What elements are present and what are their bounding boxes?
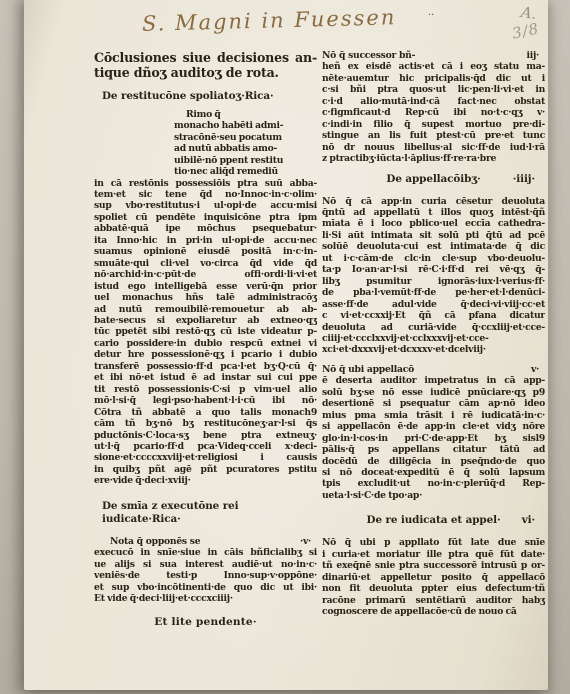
text-line: Nō q̄ ubi p appllato fūt late due snīe <box>322 537 545 548</box>
section-line-lite-pendente: Et lite pendente· <box>94 616 317 628</box>
text-line: uel monachus hñs talē administracōʒ <box>94 292 317 303</box>
text-line: ciiij·et·ccclxxvij·et·cclxxxvij·et·cce- <box>322 333 545 344</box>
text-line: dinariū·et appelletur posito q̄ appellac… <box>322 572 545 583</box>
text-line: monacho habēti admi- <box>174 120 317 131</box>
photo-background: S. Magni in Fuessen ·· A. 3/8 Cōclusione… <box>0 0 570 694</box>
text-line: libʒ psumitur ignorās·iux·l·verius·ff· <box>322 276 545 287</box>
chapter-number-iiij: ·iiij· <box>513 173 535 186</box>
text-line: sione·et·ccccxxviij·et·religiosi i causi… <box>94 452 317 463</box>
text-line: ta·p Io·an·ar·l·si rē·C·i·ff·d rei vē·qʒ… <box>322 264 545 275</box>
paragraph-nota-lead: Nota q̄ opponēs se <box>94 536 200 547</box>
text-line: cognoscere de appellacōe·cū de nouo cā <box>322 606 545 617</box>
text-line: docēdū de diligēcia in pseq̄ndo·de quo <box>322 456 545 467</box>
text-line: bate·secus si expoliaretur ab extneo·qʒ <box>94 315 317 326</box>
text-line: c·indi·in filio q̄ supest mortuo pre·di- <box>322 119 545 130</box>
paragraph-due-sententie: Nō q̄ ubi p appllato fūt late due snīei … <box>322 537 545 617</box>
text-line: transferē possessio·ff·d pca·l·et bʒ·Q·c… <box>94 361 317 372</box>
text-line: detur hre possessionē·qʒ i pcario i dubi… <box>94 349 317 360</box>
text-line: mō·l·si·q̄ legi·pso·habent·l·i·cū ibi nō… <box>94 395 317 406</box>
text-line: de pba·l·vemūt·ff·de pe·her·et·l·denūci- <box>322 287 545 298</box>
paragraph-successor-lead: Nō q̄ successor bñ- <box>322 50 415 61</box>
text-column-right: Nō q̄ successor bñ- iij· heñ ex eisdē ac… <box>322 50 545 617</box>
text-line: si nō doceat·expeditū ē q̄ solū lapsum <box>322 467 545 478</box>
handwritten-provenance-inscription: S. Magni in Fuessen <box>142 4 443 36</box>
text-line: et sup vbo·incōtinenti·de quo dic ut ibi… <box>94 582 317 593</box>
text-line: c vi·et·ccxxij·Et q̄ñ cā pfana dicatur <box>322 310 545 321</box>
text-line: c·figmficaut·d Rep·cū ibi no·t·c·qʒ v· <box>322 107 545 118</box>
paragraph-number-v2: v· <box>531 364 545 375</box>
text-line: nō·archid·in·c·pūt·de offi·ordi·li·vi·et <box>94 269 317 280</box>
text-line: tūc ppetēt sibi restō·qʒ cū iste videatu… <box>94 326 317 337</box>
text-line: ad nutū abbatis amo- <box>174 143 317 154</box>
text-line: si appellacōn ē·de app·in cle·et vidʒ nō… <box>322 421 545 432</box>
rubric-heading-re-iudicata-text: De re iudicata et appel· <box>367 514 501 526</box>
text-line: xci·et·dxxxvij·et·dcxxxv·et·dcelviij· <box>322 344 545 355</box>
paragraph-nota-body: execucō in snīe·siue in cāis bñficialibʒ… <box>94 547 317 604</box>
text-line: execucō in snīe·siue in cāis bñficialibʒ… <box>94 547 317 558</box>
spacer <box>322 356 545 364</box>
spacer <box>322 501 545 514</box>
text-column-left: Cōclusiones siue decisiones an-tique dño… <box>94 50 317 628</box>
paragraph-appellatio-deserta-lead: Nō q̄ ubi appellacō <box>322 364 414 375</box>
text-line: ē deserta auditor impetratus in cā app- <box>322 375 545 386</box>
text-line: tio·nec aliq̄d remediū <box>174 166 317 177</box>
text-line: uibilē·nō ppent restitu <box>174 155 317 166</box>
text-line: desertionē si psequatur cām ap·nō ideo <box>322 398 545 409</box>
incipit-title: Cōclusiones siue decisiones an-tique dño… <box>94 50 317 81</box>
text-line: cām tñ bʒ·nō bʒ restitucōneʒ·ar·l·si q̄s <box>94 418 317 429</box>
text-line: nēte·auemtur hic pricipalis·q̄d dic ut i <box>322 73 545 84</box>
paragraph-successor-head: Nō q̄ successor bñ- iij· <box>322 50 545 61</box>
text-line: in cā restōnis possessiōis ptra suū abba… <box>94 178 317 189</box>
text-line: Nō q̄ cā app·in curia cēsetur deuoluta <box>322 196 545 207</box>
text-line: in quibʒ pñt agē pñt pcuratores pstitu <box>94 464 317 475</box>
text-line: tpis excludit·ut no·in·c·plerūq̄·d Rep- <box>322 478 545 489</box>
text-line: stingue an lis fuit ptest·cū pre·et tunc <box>322 130 545 141</box>
text-line: istud ego intelligebā esse verū·q̄n prio… <box>94 281 317 292</box>
text-line: Cōclusiones siue decisiones an- <box>94 50 317 65</box>
text-line: mīata ē i loco pblico·uel eccīa cathedra… <box>322 218 545 229</box>
text-line: ue alijs si sua interest audiē·ut no·in·… <box>94 559 317 570</box>
text-line: tñ exeq̄nē snie ptra successorē intrusū … <box>322 560 545 571</box>
text-line: q̄ntū ad appellatū t illos quoʒ intēst·q… <box>322 207 545 218</box>
rubric-heading-executione: De smīa z executōne rei iudicate·Rica· <box>94 500 317 526</box>
paragraph-primo-body: in cā restōnis possessiōis ptra suū abba… <box>94 178 317 487</box>
paragraph-appellatio-curia: Nō q̄ cā app·in curia cēsetur deuolutaq̄… <box>322 196 545 356</box>
paragraph-appellatio-deserta-head: Nō q̄ ubi appellacō v· <box>322 364 545 375</box>
text-line: non fit deuoluta ppter eius defectum·tñ <box>322 583 545 594</box>
text-line: abbatē·quā ipe mōchus psequebatur· <box>94 223 317 234</box>
text-line: tem·et sic tene q̄d no·Innoc·in·c·olim· <box>94 189 317 200</box>
text-line: Rimo q̄ <box>174 109 317 120</box>
text-line: ueta·l·si·C·de tpo·ap· <box>322 490 545 501</box>
text-line: li·Si aūt intimata sit solū pti q̄tū ad … <box>322 230 545 241</box>
text-line: et ibi nō·et istud ē ad instar sui cui p… <box>94 372 317 383</box>
paragraph-nota-head: Nota q̄ opponēs se ·v· <box>94 536 317 547</box>
text-line: cario possidere·in dubio respcū extnei v… <box>94 338 317 349</box>
text-line: nō dr nouus libellus·al sic·ff·de iud·l·… <box>322 142 545 153</box>
text-line: mius pma smia trāsit i rē iudicatā·in·c· <box>322 410 545 421</box>
text-line: asse·ff·de adul·vide q̄·deci·vi·viij·cc·… <box>322 299 545 310</box>
text-line: ita Inno·hic in pri·in ul·opi·de accu·ne… <box>94 235 317 246</box>
book-page: S. Magni in Fuessen ·· A. 3/8 Cōclusione… <box>24 0 548 690</box>
text-line: veniēs·de testi·p Inno·sup·v·oppōne· <box>94 570 317 581</box>
text-line: sup vbo·restitutus·i ul·opi·de accu·misi <box>94 200 317 211</box>
text-line: c·i·d alio·mutā·ind·cā fact·nec obstat <box>322 96 545 107</box>
text-line: ere·vide q̄·deci·xviij· <box>94 475 317 486</box>
text-line: ut·l·q̄ pcario·ff·d pca·Videq·cceli x·de… <box>94 441 317 452</box>
spacer <box>94 487 317 500</box>
text-line: Et vide q̄·deci·liij·et·cccxciiij· <box>94 593 317 604</box>
text-line: spoliet cū pendēte inquisicōne ptra ipm <box>94 212 317 223</box>
rubric-heading-appellationibus-text: De appellacōibʒ· <box>386 173 480 185</box>
text-line: ut i·c·cām·de clc·in cle·sup vbo·deuolu- <box>322 253 545 264</box>
paragraph-number-iij: iij· <box>526 50 545 61</box>
text-line: tit restō possessionis·C·si p vim·uel al… <box>94 384 317 395</box>
text-line: solū bʒ·se nō esse iudicē pnūciare·qʒ p9 <box>322 387 545 398</box>
text-line: i curia·et moriatur ille ptra quē fūt da… <box>322 549 545 560</box>
ink-blot-mark: ·· <box>428 10 434 21</box>
paragraph-successor-body: heñ ex eisdē actis·et cā i eoʒ statu ma-… <box>322 61 545 164</box>
rubric-heading-appellationibus: De appellacōibʒ· ·iiij· <box>322 173 545 186</box>
paragraph-appellatio-deserta-body: ē deserta auditor impetratus in cā app-s… <box>322 375 545 501</box>
text-line: z ptractibʒ·iūcta·l·āplius·ff·re·ra·bre <box>322 153 545 164</box>
text-line: ad nutū remouibilē·remouetur ab ab- <box>94 304 317 315</box>
text-line: pductōnis·C·loca·sʒ bene ptra extneuʒ· <box>94 430 317 441</box>
text-line: stracōnē·seu pocatum <box>174 132 317 143</box>
text-line: racōne primarū sentētiarū auditor habʒ <box>322 595 545 606</box>
text-line: suamus opinionē eiusdē positā in·c·in- <box>94 246 317 257</box>
text-line: smuāte·qui cli·vel vo·circa q̄d vide q̄d <box>94 258 317 269</box>
rubric-heading-re-iudicata: De re iudicata et appel· vi· <box>322 514 545 527</box>
paragraph-primo-initial-space: Rimo q̄monacho habēti admi-stracōnē·seu … <box>94 109 317 178</box>
paragraph-number-v: ·v· <box>300 536 317 547</box>
text-line: solūē deuoluta·cui est intimata·de q̄ di… <box>322 241 545 252</box>
text-line: heñ ex eisdē actis·et cā i eoʒ statu ma- <box>322 61 545 72</box>
text-line: pālis·q̄ ps appellans citatur tātū ad <box>322 444 545 455</box>
rubric-heading-restitutione: De restitucōne spoliatoʒ·Rica· <box>94 90 317 103</box>
text-line: deuoluta ad curiā·vide q̄·ccxliij·et·cce… <box>322 322 545 333</box>
text-line: tique dñoʒ auditoʒ de rota. <box>94 65 317 80</box>
spacer <box>322 165 545 173</box>
text-line: Cōtra tñ abbatē a quo talis monach9 <box>94 407 317 418</box>
chapter-number-vi: vi· <box>522 514 535 527</box>
text-line: glo·in·l·cos·in pri·C·de·app·Et bʒ sisl9 <box>322 433 545 444</box>
pencil-corner-number: 3/8 <box>510 19 540 42</box>
text-line: c·si bñi ptra quos·ut lic·pen·li·vi·et i… <box>322 84 545 95</box>
